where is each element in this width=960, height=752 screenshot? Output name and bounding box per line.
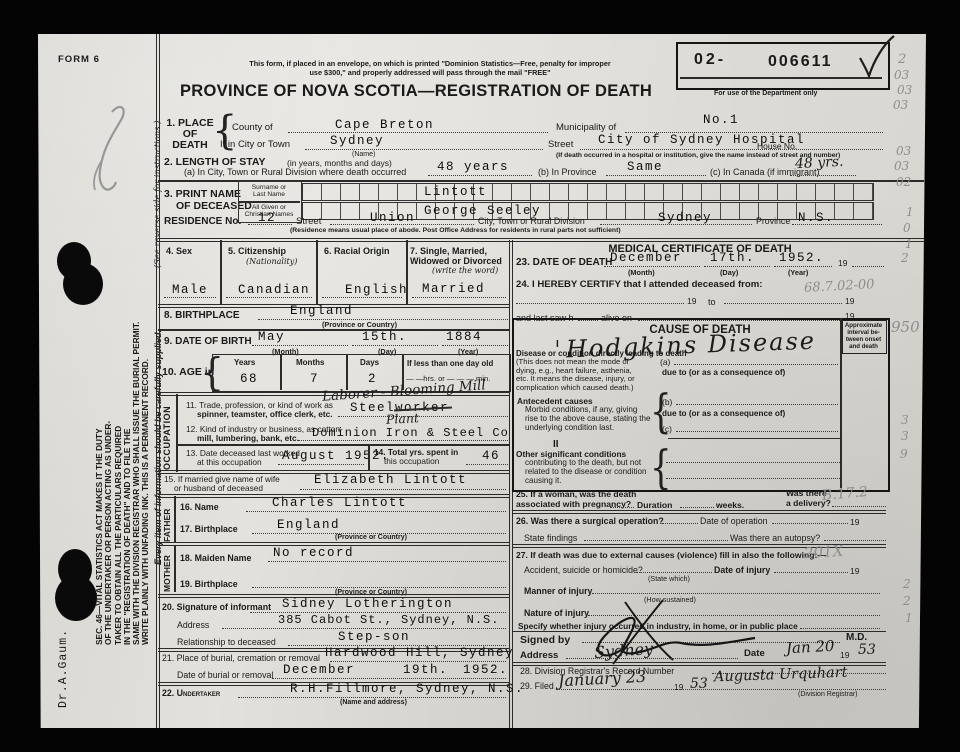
filed-year-handwritten: 53 — [690, 676, 708, 692]
city-value: Sydney — [330, 134, 384, 148]
father-side-label: FATHER — [162, 496, 172, 542]
county-value: Cape Breton — [335, 118, 434, 132]
informant-address-label: Address — [177, 620, 209, 630]
street-value: City of Sydney Hospital — [598, 133, 805, 147]
rule — [466, 464, 508, 465]
signed-date-handwritten: Jan 20 — [786, 637, 835, 658]
residence-province-value: N.S. — [798, 211, 834, 225]
rule — [238, 697, 506, 698]
statute-sidebar-text: SEC. 46—VITAL STATISTICS ACT MAKES IT TH… — [95, 130, 151, 645]
rule — [238, 201, 300, 203]
date-of-death-label: 23. DATE OF DEATH — [516, 257, 612, 268]
industry-label-2: mill, lumbering, bank, etc. — [197, 433, 299, 443]
death-certificate-scan: FORM 6 SEC. 46—VITAL STATISTICS ACT MAKE… — [0, 0, 960, 752]
birthplace-value: England — [290, 304, 353, 318]
total-years-value: 46 — [482, 449, 500, 463]
residence-street-label: Street — [296, 216, 321, 227]
stay-b-value: Same — [627, 160, 663, 174]
rule — [636, 572, 712, 573]
age-days-label: Days — [360, 358, 379, 367]
municipality-label: Municipality of — [556, 122, 616, 133]
antecedent-text: Morbid conditions, if any, giving rise t… — [525, 405, 660, 432]
page-title: PROVINCE OF NOVA SCOTIA—REGISTRATION OF … — [180, 82, 640, 101]
burial-date-year: 1952. — [463, 663, 508, 677]
cause-due1-label: due to (or as a consequence of) — [662, 368, 785, 377]
residence-division-value: Sydney — [658, 211, 712, 225]
undertaker-value: R.H.Fillmore, Sydney, N.S. — [290, 682, 524, 696]
age-months-value: 7 — [310, 372, 319, 386]
residence-province-label: Province — [756, 216, 790, 226]
margin-note: 2 — [903, 594, 911, 608]
death-year-sub: (Year) — [788, 268, 808, 277]
department-caption: For use of the Department only — [714, 90, 817, 97]
death-year-value: 1952. — [779, 251, 824, 265]
certify-pre19-a: 19 — [687, 296, 696, 306]
industry-value: Dominion Iron & Steel Co — [312, 426, 509, 440]
rule — [174, 546, 176, 592]
certify-to: to — [708, 297, 716, 307]
margin-note: 1 — [906, 205, 914, 219]
death-day-sub: (Day) — [720, 268, 738, 277]
rule — [176, 394, 178, 472]
interval-header-text: Approximate interval be- tween onset and… — [842, 322, 885, 350]
findings-label: State findings — [524, 533, 577, 543]
rule — [800, 628, 880, 629]
burial-place-value: Hardwood Hill, Sydney — [325, 646, 514, 660]
age-years-label: Years — [234, 358, 255, 367]
undertaker-sub: (Name and address) — [340, 699, 407, 706]
rule — [774, 266, 832, 267]
mother-side-label: MOTHER — [162, 544, 172, 592]
margin-note: 1 — [905, 611, 913, 625]
rule — [338, 416, 508, 417]
total-years-label-2: this occupation — [384, 456, 439, 466]
operation-pre19: 19 — [850, 517, 859, 527]
father-birthplace-sub: (Province or Country) — [335, 534, 407, 541]
rule — [824, 540, 886, 541]
surname-value: Lintott — [424, 185, 487, 199]
rule — [604, 266, 700, 267]
age-years-value: 68 — [240, 372, 258, 386]
other-conditions-text: contributing to the death, but not relat… — [525, 458, 665, 485]
city-town-label: If in City or Town — [220, 139, 290, 150]
rule — [268, 561, 506, 562]
stay-c-value-handwritten: 48 yrs. — [795, 154, 844, 173]
margin-note: 2 — [903, 577, 911, 591]
rule — [158, 238, 924, 242]
rule — [610, 507, 634, 508]
rule — [316, 240, 318, 304]
county-label: County of — [232, 122, 273, 133]
doctor-stamp: Dr.A.Gaum. — [57, 612, 70, 708]
rule — [298, 440, 508, 441]
surname-label: Surname or Last Name — [239, 184, 299, 198]
cause-c-label: (c) — [662, 424, 672, 434]
father-birthplace-value: England — [277, 518, 340, 532]
rule — [176, 444, 509, 446]
birth-year-value: 1884 — [446, 330, 482, 344]
rule — [272, 678, 506, 679]
rule — [724, 303, 842, 304]
margin-note: 3 — [901, 429, 909, 443]
form-number: FORM 6 — [58, 54, 100, 65]
residence-division-label: City, Town or Rural Division — [478, 216, 585, 226]
rule — [790, 175, 856, 176]
burial-date-label: Date of burial or removal — [177, 670, 273, 680]
cause-due2-label: due to (or as a consequence of) — [662, 409, 785, 418]
mother-birthplace-label: 19. Birthplace — [180, 579, 238, 589]
birth-day-value: 15th. — [362, 330, 407, 344]
burial-date-day: 19th. — [403, 663, 448, 677]
rule — [352, 345, 438, 346]
residence-note: (Residence means usual place of abode. P… — [290, 227, 621, 234]
rule — [220, 240, 222, 304]
margin-note: 03 — [893, 98, 908, 112]
undertaker-label: 22. Undertaker — [162, 688, 220, 698]
birthplace-sub: (Province or Country) — [322, 320, 397, 329]
informant-relationship-label: Relationship to deceased — [177, 637, 276, 647]
rule — [668, 438, 840, 439]
birthplace-label: 8. BIRTHPLACE — [164, 310, 240, 321]
registration-number: 006611 — [768, 53, 833, 71]
operation-date-label: Date of operation — [700, 516, 768, 526]
birth-month-value: May — [258, 330, 285, 344]
sex-label: 4. Sex — [166, 246, 192, 256]
brace: { — [650, 441, 672, 495]
margin-note: 03 — [894, 159, 909, 173]
age-less-label: If less than one day old — [407, 359, 493, 368]
margin-note: 3 — [901, 413, 909, 427]
racial-origin-value: English — [345, 283, 408, 297]
cause-b-label: (b) — [662, 397, 672, 407]
accident-label: Accident, suicide or homicide? — [524, 565, 643, 575]
rule — [666, 462, 840, 463]
rule — [226, 297, 312, 298]
rule — [442, 345, 508, 346]
rule — [662, 523, 698, 524]
rule — [252, 345, 348, 346]
checkmark-mark — [852, 32, 898, 82]
rule — [772, 523, 848, 524]
operation-label: 26. Was there a surgical operation? — [516, 516, 664, 526]
trade-label-2: spinner, teamster, office clerk, etc. — [197, 409, 333, 419]
municipality-value: No.1 — [703, 113, 739, 127]
occupation-side-label: OCCUPATION — [162, 396, 172, 470]
rule — [174, 496, 176, 542]
injury-pre19: 19 — [850, 566, 859, 576]
residence-street-value: Union — [370, 211, 415, 225]
rule — [300, 489, 506, 490]
external-causes-handwritten: 201X — [803, 542, 843, 563]
rule — [704, 266, 770, 267]
rule — [676, 431, 838, 432]
place-of-death-label: 1. PLACE OF DEATH — [164, 118, 216, 151]
filed-pre19: 19 — [674, 682, 683, 692]
rule — [566, 658, 738, 659]
stay-b-label: (b) In Province — [538, 167, 597, 177]
residence-no-value: 12 — [258, 211, 276, 225]
burial-place-label: 21. Place of burial, cremation or remova… — [162, 653, 320, 663]
stay-a-value: 48 years — [437, 160, 509, 174]
father-birthplace-label: 17. Birthplace — [180, 524, 238, 534]
rule — [680, 507, 714, 508]
citizenship-label: 5. Citizenship — [228, 246, 286, 256]
injury-date-label: Date of injury — [714, 565, 770, 575]
nature-label: Nature of injury — [524, 608, 589, 618]
informant-label: 20. Signature of informant — [162, 602, 271, 612]
mother-maiden-value: No record — [273, 546, 354, 560]
father-name-label: 16. Name — [180, 502, 219, 512]
print-name-label1: 3. PRINT NAME — [164, 188, 241, 200]
informant-value: Sidney Lotherington — [282, 597, 453, 611]
citizenship-value: Canadian — [238, 283, 310, 297]
last-worked-label-2: at this occupation — [197, 457, 262, 467]
informant-relationship-value: Step-son — [338, 630, 410, 644]
rule — [606, 175, 706, 176]
rule — [580, 149, 883, 150]
rule — [222, 628, 506, 629]
margin-note: 03 — [894, 68, 909, 82]
certify-pre19-b: 19 — [845, 296, 854, 306]
rule — [832, 506, 886, 507]
registration-prefix: 02- — [694, 51, 726, 69]
rule — [512, 510, 886, 514]
racial-origin-label: 6. Racial Origin — [324, 246, 390, 256]
margin-note: 1 — [905, 237, 913, 251]
rule — [666, 478, 840, 479]
external-causes-label: 27. If death was due to external causes … — [516, 550, 826, 560]
signed-year-handwritten: 53 — [858, 642, 876, 658]
state-which-sub: (State which) — [648, 574, 690, 583]
burial-date-month: December — [283, 663, 355, 677]
rule — [412, 297, 506, 298]
trade-handwritten-plant: Plant — [386, 410, 420, 427]
rule — [676, 404, 838, 405]
margin-note: 0 — [903, 221, 911, 235]
rule — [330, 661, 506, 662]
rule — [164, 297, 216, 298]
rule — [428, 175, 532, 176]
pregnancy-weeks-label: weeks. — [716, 500, 744, 510]
marital-sub: (write the word) — [432, 266, 498, 275]
death-day-value: 17th. — [710, 251, 755, 265]
rule — [278, 464, 364, 465]
signed-date-label: Date — [744, 648, 765, 659]
rule — [516, 303, 684, 304]
death-month-value: December — [610, 251, 682, 265]
mother-maiden-label: 18. Maiden Name — [180, 553, 251, 563]
spouse-value: Elizabeth Lintott — [314, 473, 467, 487]
rule — [674, 364, 838, 365]
mail-note: This form, if placed in an envelope, on … — [215, 60, 645, 77]
rule — [556, 689, 886, 690]
margin-note: 2 — [901, 251, 909, 265]
city-sub: (Name) — [352, 151, 375, 158]
margin-note: 2 — [898, 52, 906, 67]
rule — [584, 540, 728, 541]
citizenship-sub: (Nationality) — [246, 257, 297, 266]
informant-address-value: 385 Cabot St., Sydney, N.S. — [278, 613, 499, 627]
rule — [322, 297, 402, 298]
cause-lead-paren: (This does not mean the mode of dying, e… — [516, 358, 646, 392]
margin-note: 03 — [896, 144, 911, 158]
father-name-value: Charles Lintott — [272, 496, 407, 510]
margin-note: 02 — [896, 175, 911, 189]
surname-grid — [302, 183, 874, 201]
death-month-sub: (Month) — [628, 268, 655, 277]
age-months-label: Months — [296, 358, 324, 367]
rule — [252, 587, 506, 588]
margin-note: 950 — [891, 318, 920, 336]
signed-by-label: Signed by — [520, 634, 570, 646]
margin-note: 9 — [900, 447, 908, 461]
death-year-preprint: 19 — [838, 258, 847, 268]
filed-label: 29. Filed — [520, 681, 554, 691]
rule — [305, 149, 543, 150]
autopsy-label: Was there an autopsy? — [730, 533, 820, 543]
signed-address-label: Address — [520, 650, 558, 661]
rule — [346, 354, 348, 390]
form-left-border — [156, 34, 160, 728]
spouse-label-2: or husband of deceased — [174, 483, 263, 493]
rule — [774, 572, 848, 573]
signed-pre19: 19 — [840, 650, 849, 660]
stay-a-label: (a) In City, Town or Rural Division wher… — [184, 167, 406, 177]
rule — [288, 132, 548, 133]
division-registrar-sub: (Division Registrar) — [798, 691, 858, 698]
residence-label: RESIDENCE No. — [164, 216, 241, 227]
rule — [368, 444, 370, 470]
rule — [280, 354, 282, 390]
sex-value: Male — [172, 283, 208, 297]
margin-note: 03 — [897, 83, 912, 97]
marital-value: Married — [422, 282, 485, 296]
pregnancy-duration-label: Duration — [637, 500, 672, 510]
rule — [246, 511, 506, 512]
marital-label: 7. Single, Married, Widowed or Divorced — [410, 246, 502, 266]
street-label: Street — [548, 139, 573, 150]
certify-label: 24. I HEREBY CERTIFY that I attended dec… — [516, 279, 762, 290]
date-of-birth-label: 9. DATE OF BIRTH — [164, 336, 252, 347]
rule — [852, 266, 884, 267]
